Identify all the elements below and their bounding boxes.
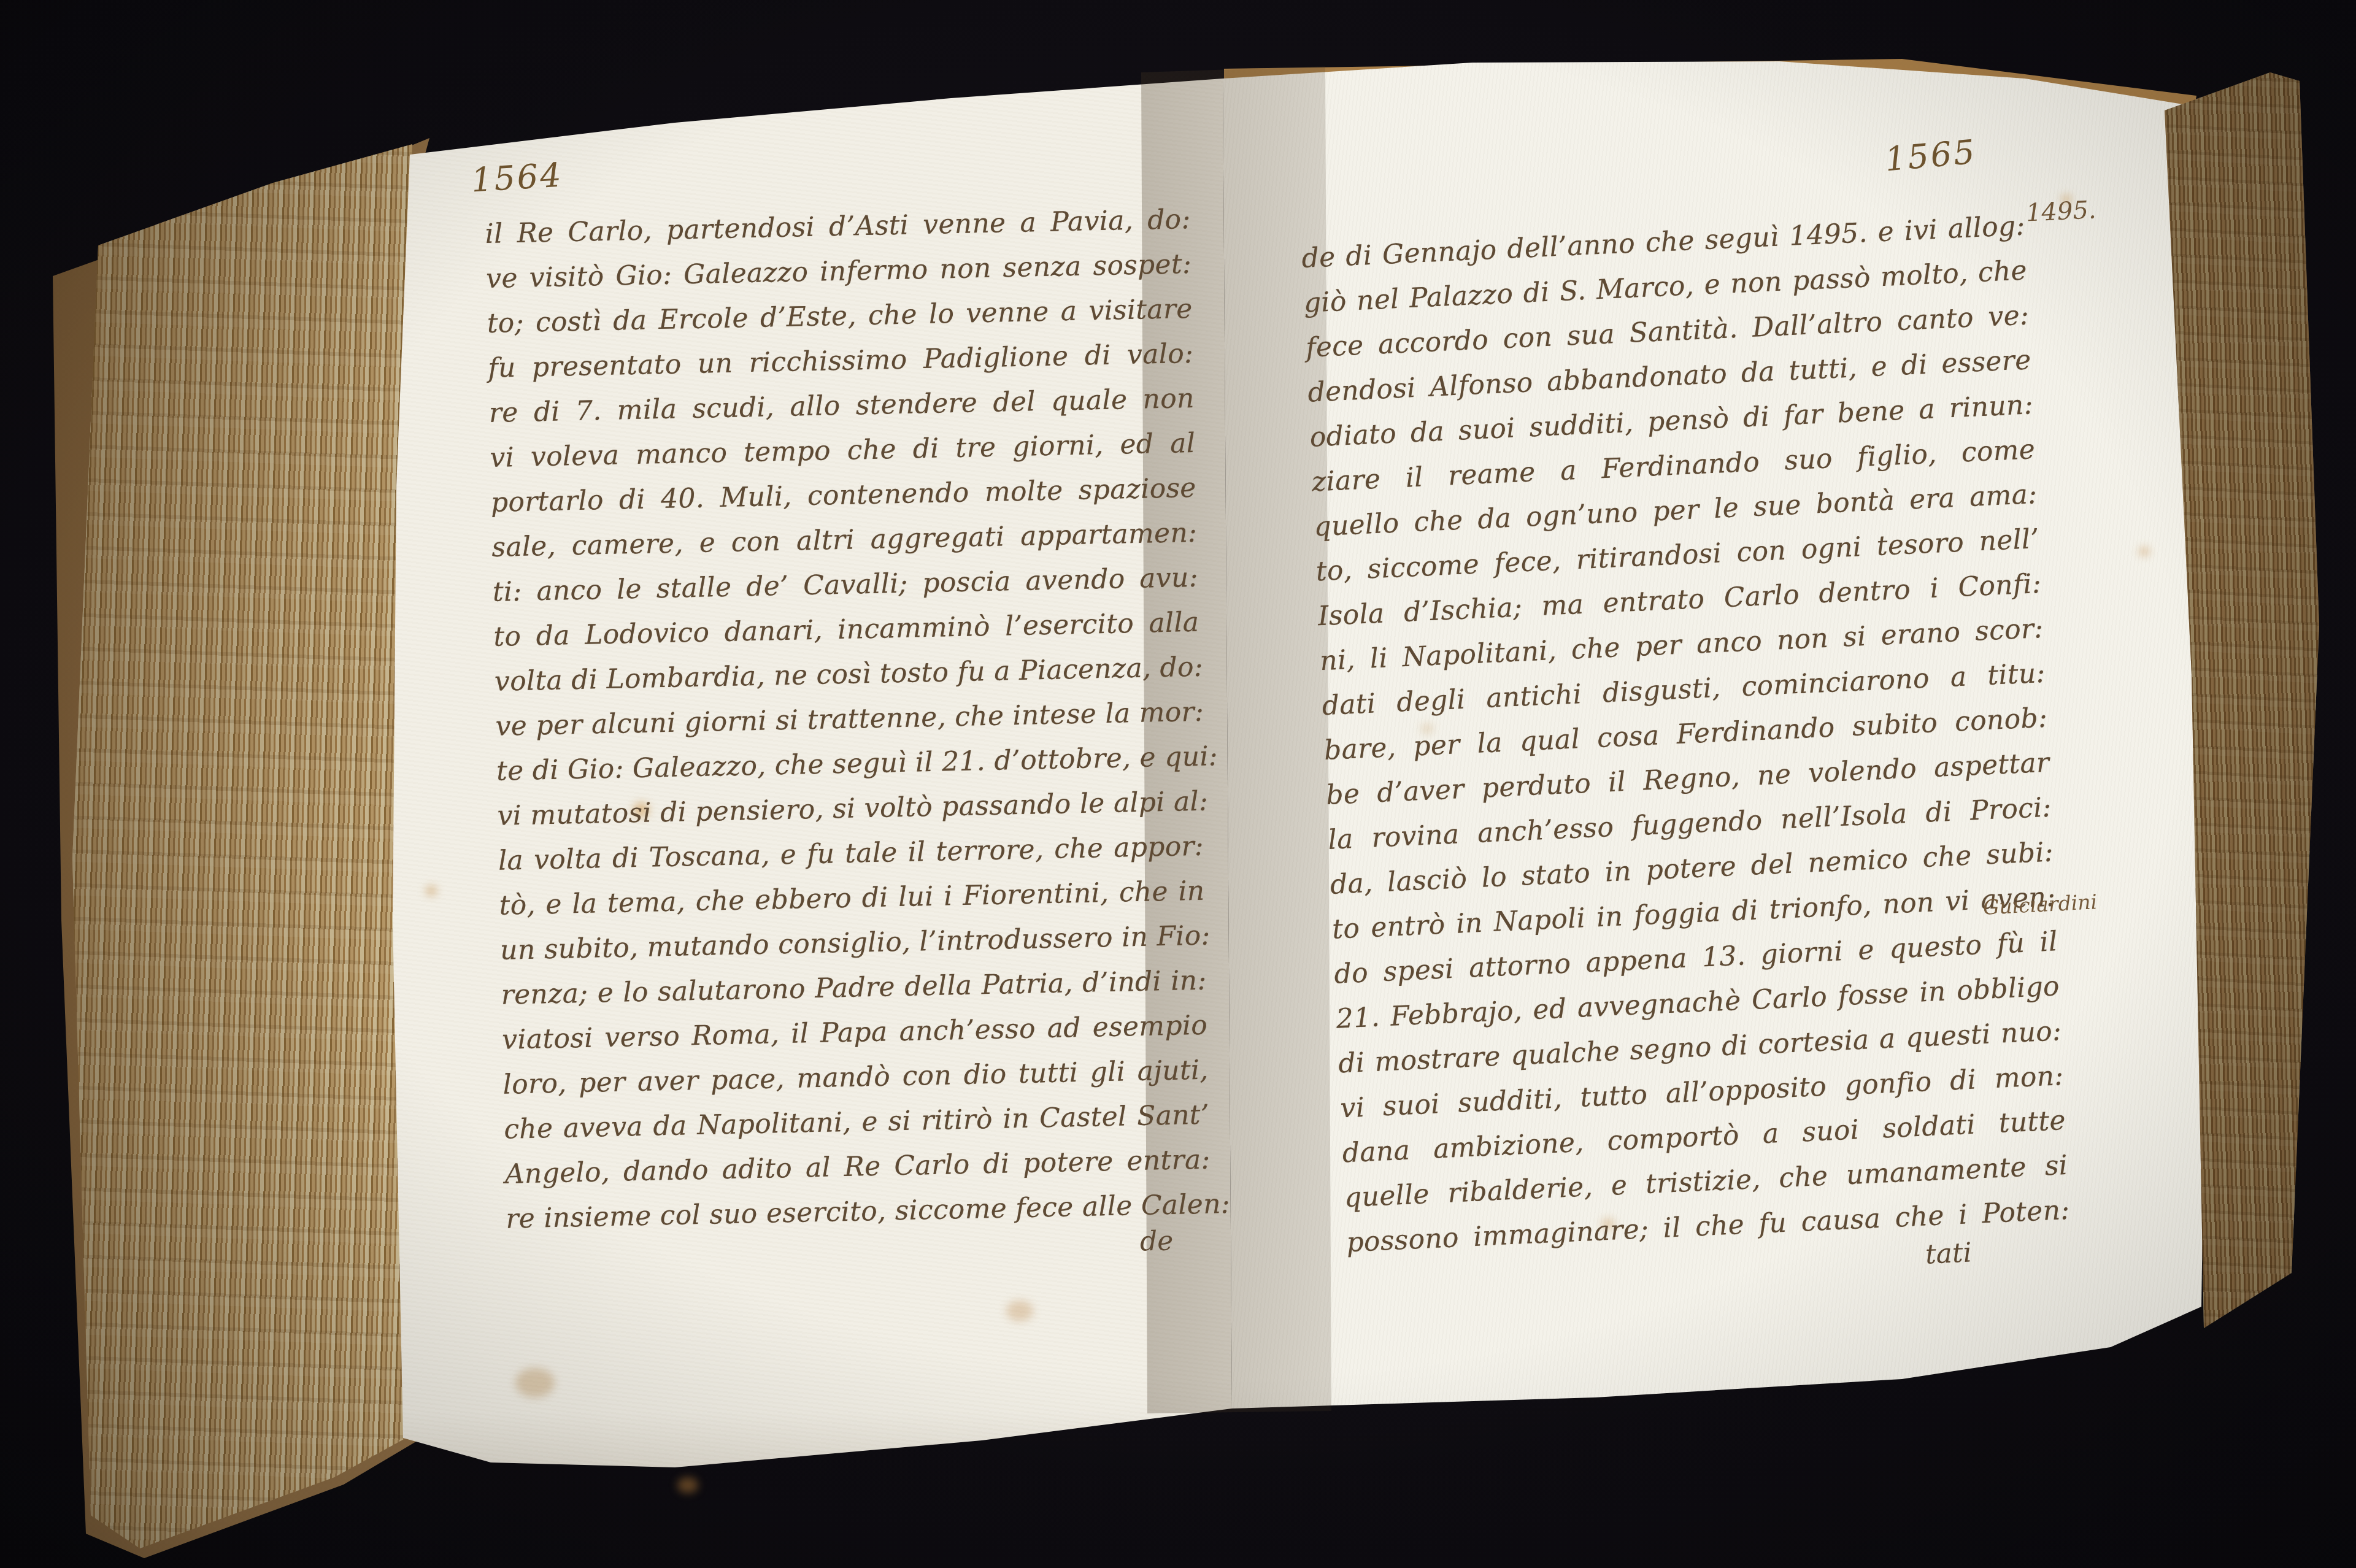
photo-vignette [0, 0, 2356, 1568]
